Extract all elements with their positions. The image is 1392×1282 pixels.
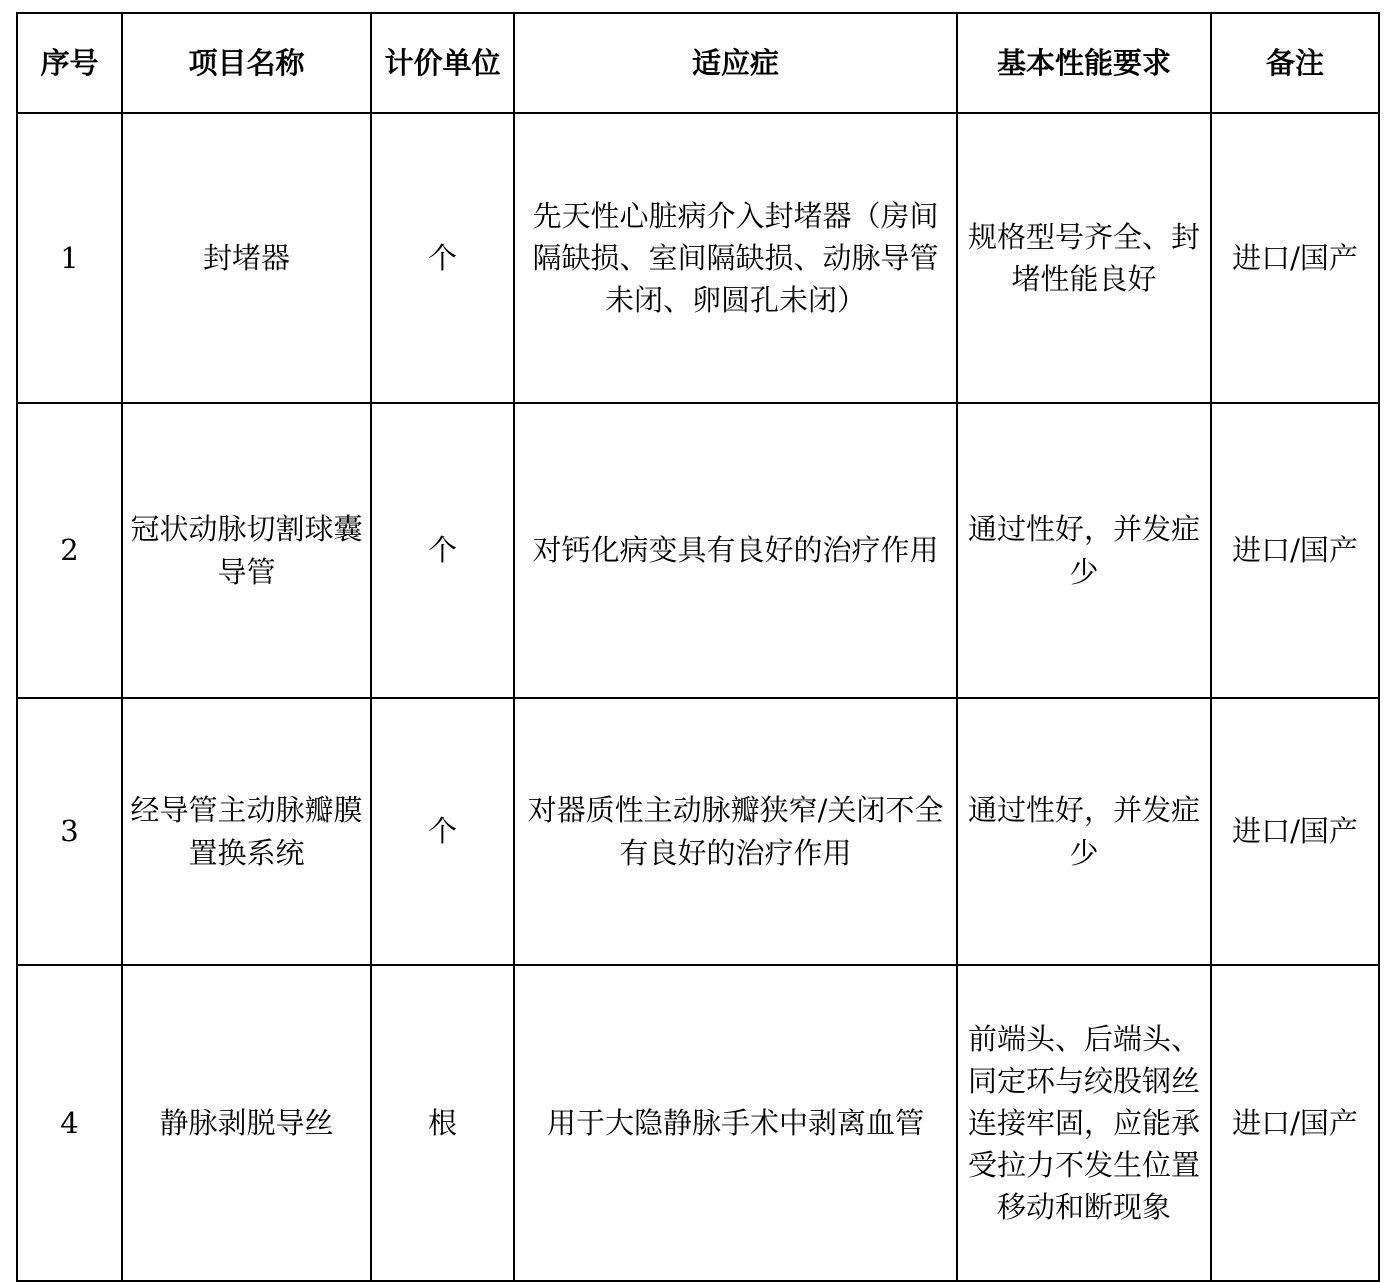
header-item-name: 项目名称 — [122, 13, 371, 113]
header-remark: 备注 — [1211, 13, 1379, 113]
cell-indication: 对钙化病变具有良好的治疗作用 — [514, 403, 957, 698]
cell-item-name: 冠状动脉切割球囊导管 — [122, 403, 371, 698]
header-indication: 适应症 — [514, 13, 957, 113]
cell-pricing-unit: 个 — [371, 113, 514, 403]
cell-performance-requirement: 前端头、后端头、同定环与绞股钢丝连接牢固，应能承受拉力不发生位置移动和断现象 — [957, 965, 1211, 1281]
cell-item-name: 静脉剥脱导丝 — [122, 965, 371, 1281]
cell-indication: 用于大隐静脉手术中剥离血管 — [514, 965, 957, 1281]
cell-pricing-unit: 个 — [371, 698, 514, 965]
cell-performance-requirement: 通过性好，并发症少 — [957, 403, 1211, 698]
table-row: 3 经导管主动脉瓣膜置换系统 个 对器质性主动脉瓣狭窄/关闭不全有良好的治疗作用… — [17, 698, 1379, 965]
cell-remark: 进口/国产 — [1211, 698, 1379, 965]
cell-remark: 进口/国产 — [1211, 403, 1379, 698]
cell-pricing-unit: 根 — [371, 965, 514, 1281]
cell-serial-number: 4 — [17, 965, 122, 1281]
cell-performance-requirement: 规格型号齐全、封堵性能良好 — [957, 113, 1211, 403]
cell-pricing-unit: 个 — [371, 403, 514, 698]
table-row: 4 静脉剥脱导丝 根 用于大隐静脉手术中剥离血管 前端头、后端头、同定环与绞股钢… — [17, 965, 1379, 1281]
table-row: 1 封堵器 个 先天性心脏病介入封堵器（房间隔缺损、室间隔缺损、动脉导管未闭、卵… — [17, 113, 1379, 403]
table-row: 2 冠状动脉切割球囊导管 个 对钙化病变具有良好的治疗作用 通过性好，并发症少 … — [17, 403, 1379, 698]
header-row: 序号 项目名称 计价单位 适应症 基本性能要求 备注 — [17, 13, 1379, 113]
device-spec-table: 序号 项目名称 计价单位 适应症 基本性能要求 备注 1 封堵器 个 先天性心脏… — [16, 12, 1380, 1282]
cell-serial-number: 3 — [17, 698, 122, 965]
cell-serial-number: 2 — [17, 403, 122, 698]
cell-remark: 进口/国产 — [1211, 113, 1379, 403]
cell-item-name: 封堵器 — [122, 113, 371, 403]
header-serial-number: 序号 — [17, 13, 122, 113]
cell-remark: 进口/国产 — [1211, 965, 1379, 1281]
cell-indication: 对器质性主动脉瓣狭窄/关闭不全有良好的治疗作用 — [514, 698, 957, 965]
cell-indication: 先天性心脏病介入封堵器（房间隔缺损、室间隔缺损、动脉导管未闭、卵圆孔未闭） — [514, 113, 957, 403]
cell-performance-requirement: 通过性好，并发症少 — [957, 698, 1211, 965]
cell-item-name: 经导管主动脉瓣膜置换系统 — [122, 698, 371, 965]
header-performance-requirement: 基本性能要求 — [957, 13, 1211, 113]
header-pricing-unit: 计价单位 — [371, 13, 514, 113]
cell-serial-number: 1 — [17, 113, 122, 403]
